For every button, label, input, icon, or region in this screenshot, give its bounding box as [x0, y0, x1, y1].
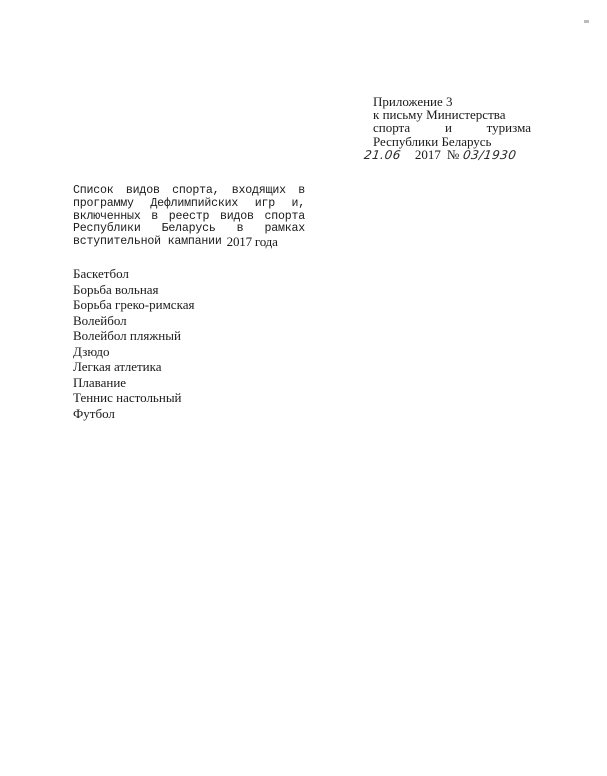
document-page: Приложение 3 к письму Министерства спорт… [0, 0, 607, 776]
list-item: Дзюдо [73, 344, 194, 360]
list-item: Волейбол пляжный [73, 328, 194, 344]
title-line: программу Дефлимпийских игр и, [73, 198, 305, 211]
sports-list: Баскетбол Борьба вольная Борьба греко-ри… [73, 266, 194, 421]
handwritten-date: 21.06 [363, 149, 402, 162]
annex-header: Приложение 3 к письму Министерства спорт… [373, 95, 533, 162]
handwritten-number: 03/1930 [462, 149, 517, 162]
list-item: Борьба вольная [73, 282, 194, 298]
number-sign: № [447, 148, 459, 161]
title-line: вступительной кампании 2017 года [73, 236, 305, 249]
title-line: Список видов спорта, входящих в [73, 185, 305, 198]
list-item: Легкая атлетика [73, 359, 194, 375]
annex-reference-line: 21.06 2017 № 03/1930 [364, 148, 533, 162]
list-item: Волейбол [73, 313, 194, 329]
list-item: Борьба греко-римская [73, 297, 194, 313]
document-title: Список видов спорта, входящих в программ… [73, 185, 305, 249]
list-item: Теннис настольный [73, 390, 194, 406]
list-item: Баскетбол [73, 266, 194, 282]
list-item: Плавание [73, 375, 194, 391]
scan-artifact [584, 20, 589, 23]
list-item: Футбол [73, 406, 194, 422]
annex-country-line: Республики Беларусь [373, 135, 533, 148]
annex-ministry-line: спорта и туризма [373, 121, 531, 134]
reference-year: 2017 [415, 148, 441, 161]
